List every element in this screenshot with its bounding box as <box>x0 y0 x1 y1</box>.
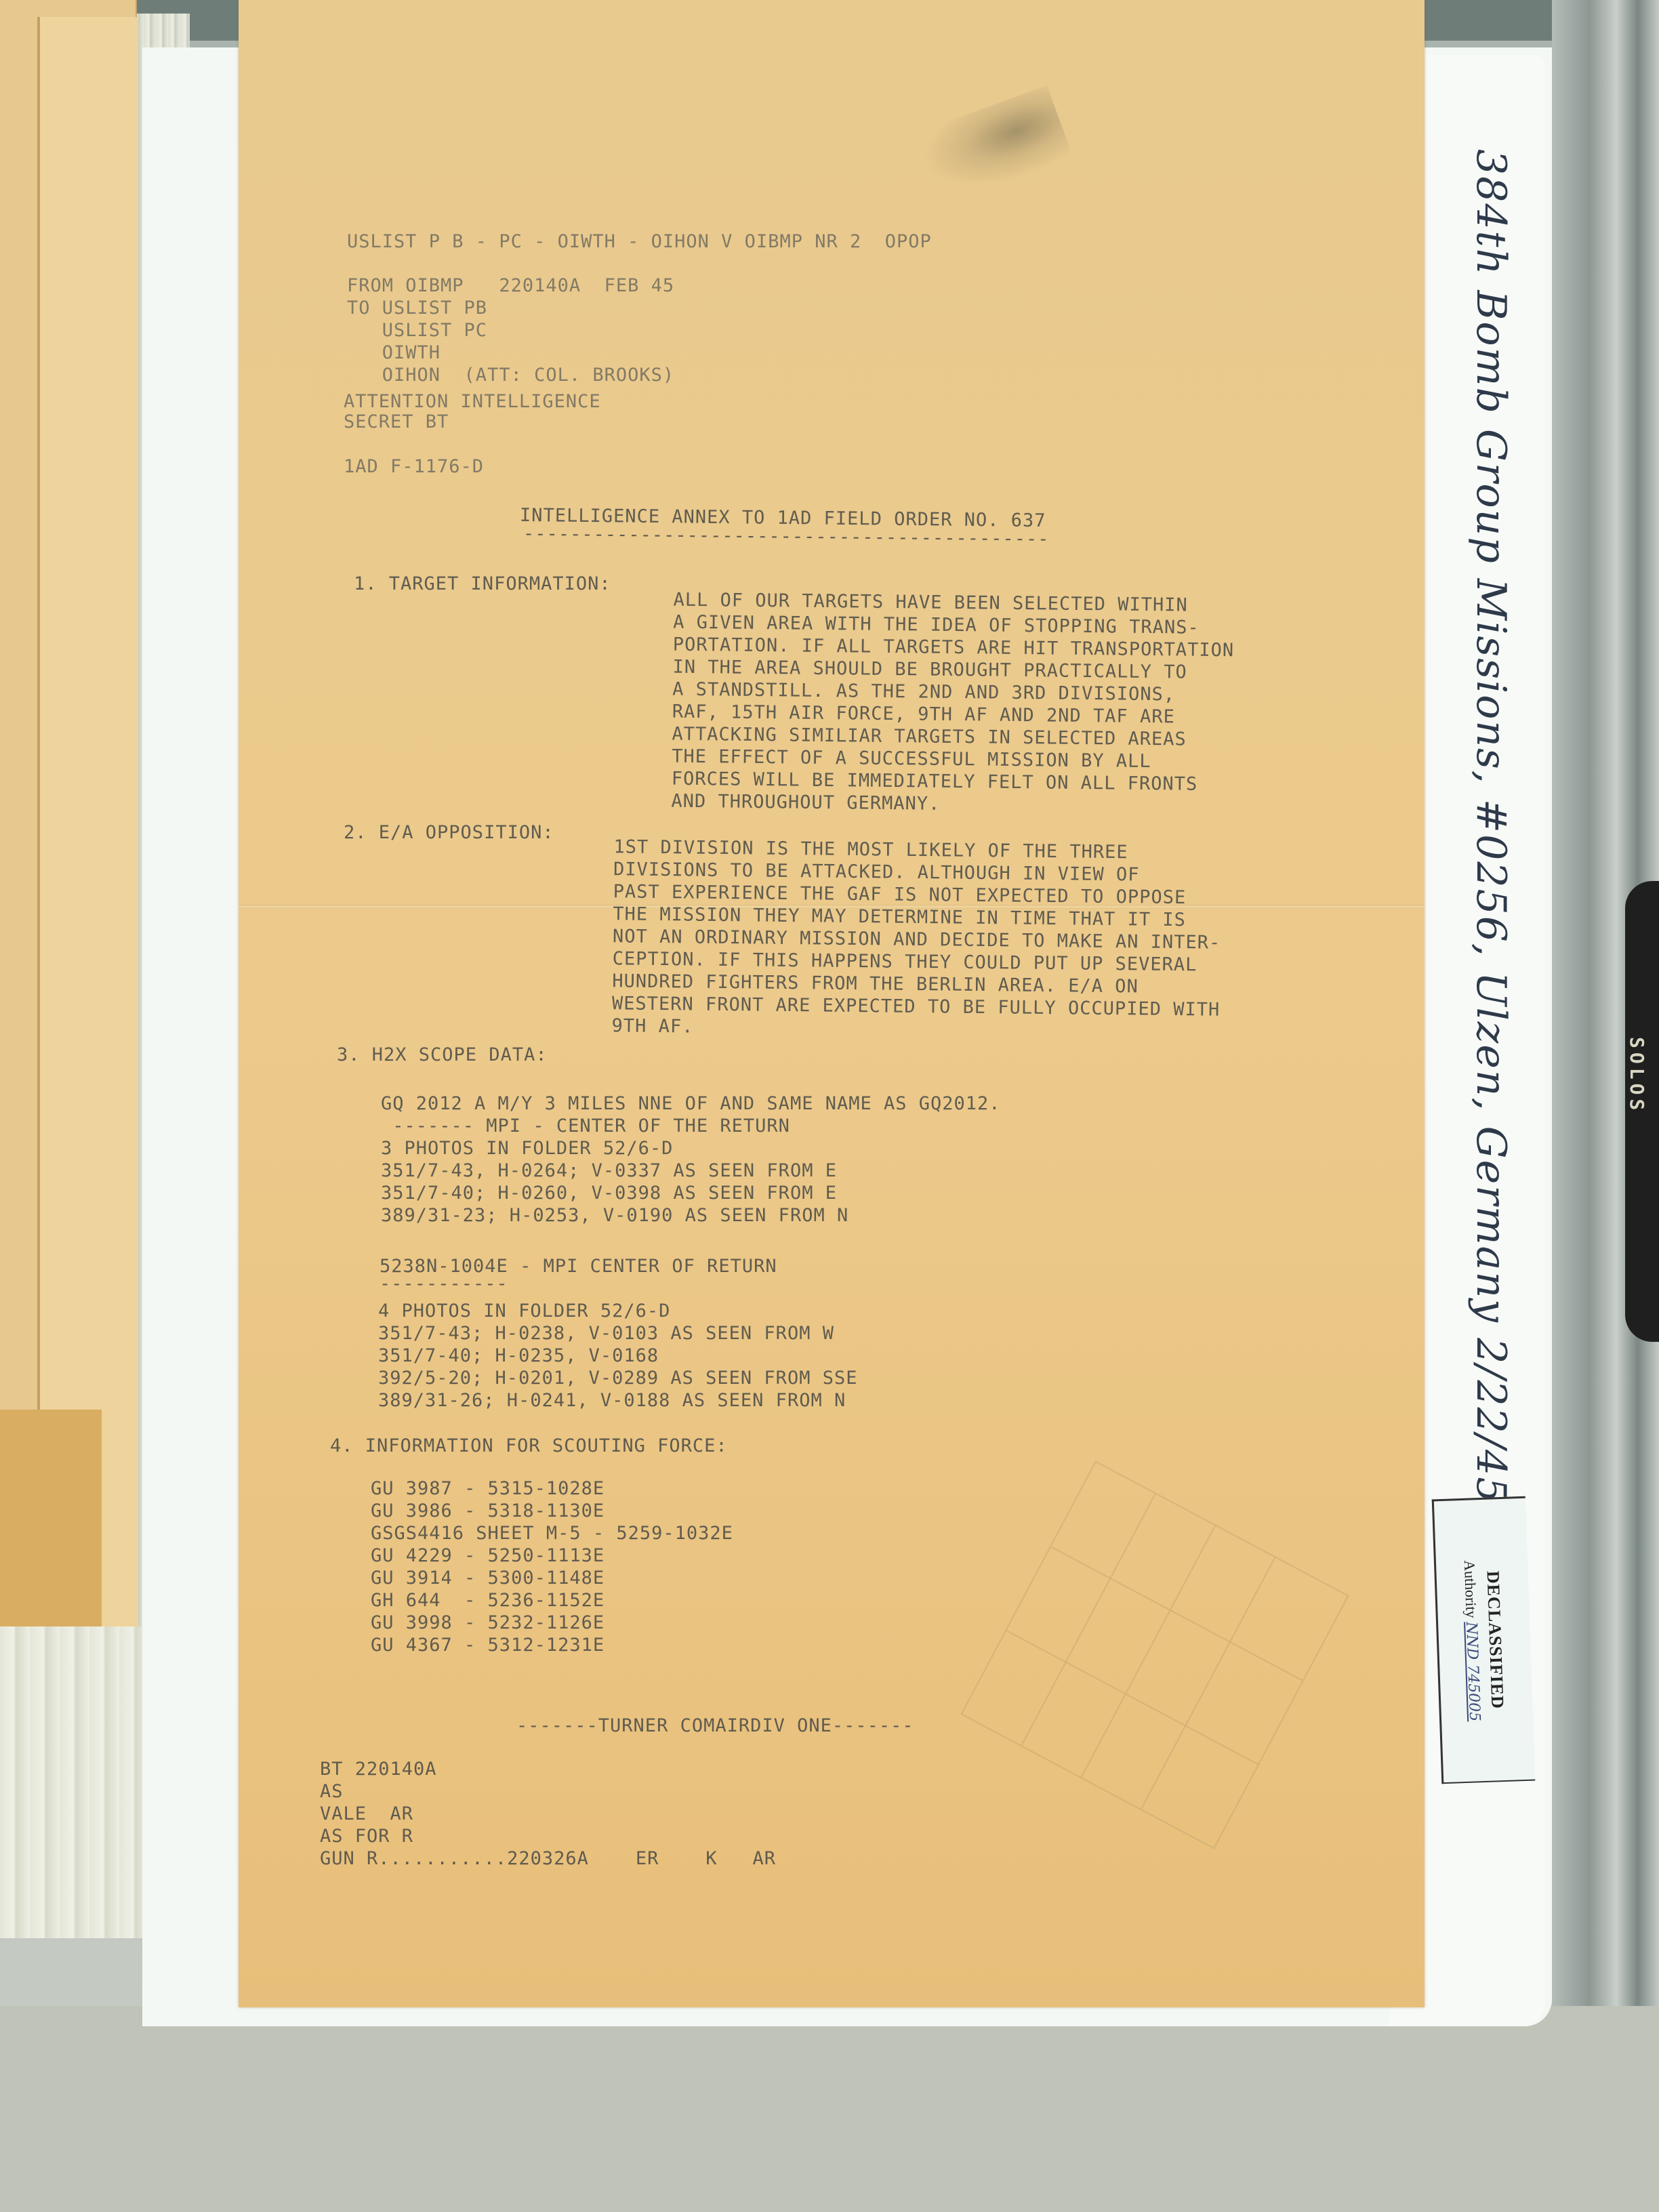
scope-data-line: 351/7-40; H-0235, V-0168 <box>378 1345 857 1367</box>
teletype-document: USLIST P B - PC - OIWTH - OIHON V OIBMP … <box>239 0 1425 2007</box>
declassified-title: DECLASSIFIED <box>1483 1570 1508 1709</box>
to-line: OIHON (ATT: COL. BROOKS) <box>347 364 674 386</box>
classification-line: SECRET BT <box>344 411 449 433</box>
scouting-force-line: GH 644 - 5236-1152E <box>371 1589 733 1612</box>
scope-data-line: 3 PHOTOS IN FOLDER 52/6-D <box>381 1137 1001 1160</box>
trailer-line: AS <box>320 1780 776 1803</box>
section-1-body: ALL OF OUR TARGETS HAVE BEEN SELECTED WI… <box>671 589 1235 819</box>
scope-data-line: 351/7-40; H-0260, V-0398 AS SEEN FROM E <box>381 1182 1001 1204</box>
background-surface-bottom <box>0 2006 1659 2212</box>
scouting-force-line: GSGS4416 SHEET M-5 - 5259-1032E <box>371 1522 733 1544</box>
section-2-body: 1ST DIVISION IS THE MOST LIKELY OF THE T… <box>611 836 1221 1043</box>
scope-data-line: 389/31-23; H-0253, V-0190 AS SEEN FROM N <box>381 1204 1001 1227</box>
section-4-label: 4. INFORMATION FOR SCOUTING FORCE: <box>330 1435 728 1457</box>
scope-data-line: GQ 2012 A M/Y 3 MILES NNE OF AND SAME NA… <box>381 1092 1001 1115</box>
declassified-authority: Authority NND 745005 <box>1460 1560 1483 1722</box>
scouting-force-line: GU 4367 - 5312-1231E <box>371 1634 733 1656</box>
trailer-line: BT 220140A <box>320 1758 776 1780</box>
faint-grid-impression <box>960 1460 1349 1849</box>
routing-line: USLIST P B - PC - OIWTH - OIHON V OIBMP … <box>347 230 932 253</box>
device-label: SOLOS <box>1621 1037 1648 1200</box>
authority-value: NND 745005 <box>1463 1622 1483 1722</box>
scope-data-line: 4 PHOTOS IN FOLDER 52/6-D <box>378 1300 857 1322</box>
section-2-label: 2. E/A OPPOSITION: <box>344 821 554 844</box>
section-1-label: 1. TARGET INFORMATION: <box>354 573 611 595</box>
scope-data-line: 351/7-43; H-0238, V-0103 AS SEEN FROM W <box>378 1322 857 1345</box>
section-3-label: 3. H2X SCOPE DATA: <box>337 1044 548 1066</box>
faint-stamp-mark <box>907 85 1075 213</box>
scouting-force-line: GU 3998 - 5232-1126E <box>371 1612 733 1634</box>
handwritten-note: 384th Bomb Group Missions, #0256, Ulzen,… <box>1460 149 1515 1301</box>
declassified-stamp: DECLASSIFIED Authority NND 745005 <box>1432 1496 1536 1784</box>
signature-line: -------TURNER COMAIRDIV ONE------- <box>516 1715 914 1737</box>
scouting-force-line: GU 3987 - 5315-1028E <box>371 1477 733 1500</box>
manila-folder-lower <box>0 1410 102 1640</box>
title-rule: ----------------------------------------… <box>523 523 1050 550</box>
to-lines: TO USLIST PB USLIST PC OIWTH OIHON (ATT:… <box>347 297 674 386</box>
scope-data-line: 351/7-43, H-0264; V-0337 AS SEEN FROM E <box>381 1160 1001 1182</box>
section-4-body: GU 3987 - 5315-1028EGU 3986 - 5318-1130E… <box>371 1477 733 1656</box>
scope-data-line: 389/31-26; H-0241, V-0188 AS SEEN FROM N <box>378 1389 857 1412</box>
trailer-line: GUN R...........220326A ER K AR <box>320 1847 776 1870</box>
to-line: OIWTH <box>347 342 674 364</box>
manila-folder-stack <box>0 0 137 1640</box>
authority-label: Authority <box>1461 1560 1480 1618</box>
message-trailer: BT 220140AASVALE ARAS FOR RGUN R........… <box>320 1758 776 1870</box>
reference-line: 1AD F-1176-D <box>344 455 484 478</box>
scope-data-line: 392/5-20; H-0201, V-0289 AS SEEN FROM SS… <box>378 1367 857 1389</box>
scouting-force-line: GU 3986 - 5318-1130E <box>371 1500 733 1522</box>
from-line: FROM OIBMP 220140A FEB 45 <box>347 274 674 297</box>
section-3-group-1: GQ 2012 A M/Y 3 MILES NNE OF AND SAME NA… <box>381 1092 1001 1227</box>
manila-folder-edge <box>37 17 138 1630</box>
section-3-group-2-rule: ----------- <box>380 1273 508 1295</box>
trailer-line: VALE AR <box>320 1803 776 1825</box>
scouting-force-line: GU 3914 - 5300-1148E <box>371 1567 733 1589</box>
trailer-line: AS FOR R <box>320 1825 776 1847</box>
section-3-group-2: 4 PHOTOS IN FOLDER 52/6-D351/7-43; H-023… <box>378 1300 857 1412</box>
scouting-force-line: GU 4229 - 5250-1113E <box>371 1544 733 1567</box>
attention-line: ATTENTION INTELLIGENCE <box>344 390 601 413</box>
to-line: TO USLIST PB <box>347 297 674 319</box>
to-line: USLIST PC <box>347 319 674 342</box>
scope-data-line: ------- MPI - CENTER OF THE RETURN <box>381 1115 1001 1137</box>
